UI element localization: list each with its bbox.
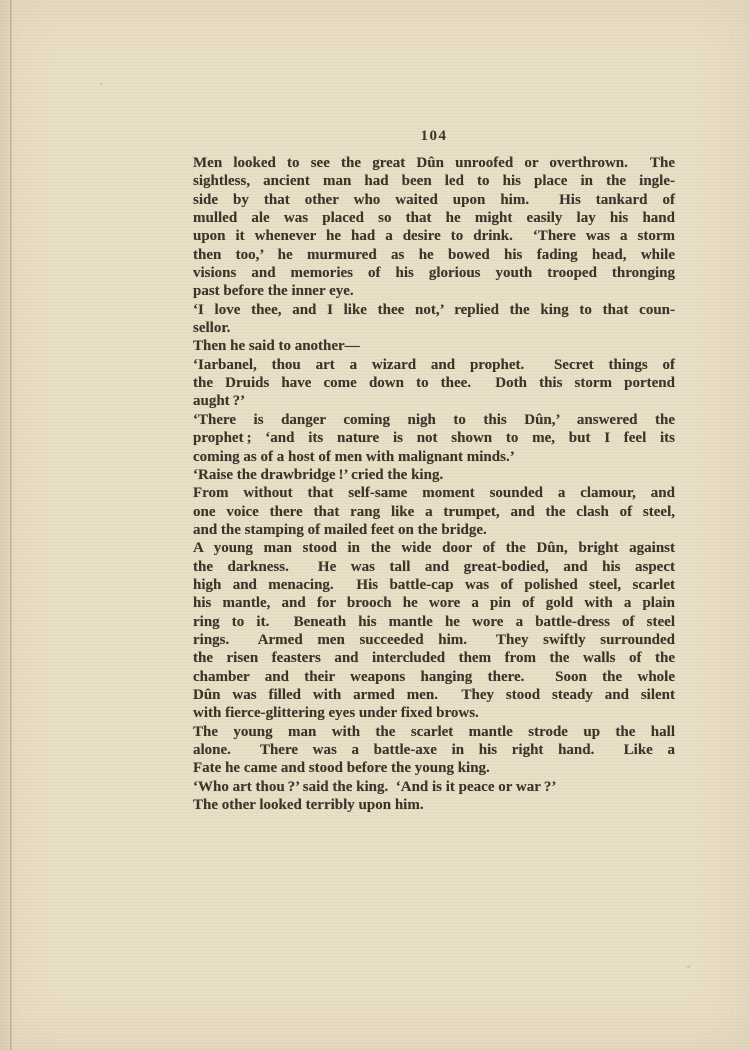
text-line: high and menacing. His battle-cap was of…	[193, 576, 675, 594]
page-number: 104	[193, 128, 675, 145]
text-line: his mantle, and for brooch he wore a pin…	[193, 594, 675, 612]
text-line: coming as of a host of men with malignan…	[193, 448, 675, 466]
text-line: visions and memories of his glorious you…	[193, 264, 675, 282]
paper-speck	[687, 966, 690, 968]
text-line: one voice there that rang like a trumpet…	[193, 503, 675, 521]
text-block: Men looked to see the great Dûn unroofed…	[193, 154, 675, 814]
text-line: The young man with the scarlet mantle st…	[193, 723, 675, 741]
text-line: ‘I love thee, and I like thee not,’ repl…	[193, 301, 675, 319]
text-line: aught ?’	[193, 392, 675, 410]
text-line: rings. Armed men succeeded him. They swi…	[193, 631, 675, 649]
text-line: prophet ; ‘and its nature is not shown t…	[193, 429, 675, 447]
text-line: the Druids have come down to thee. Doth …	[193, 374, 675, 392]
text-line: Fate he came and stood before the young …	[193, 759, 675, 777]
text-line: Then he said to another—	[193, 337, 675, 355]
text-line: The other looked terribly upon him.	[193, 796, 675, 814]
text-line: alone. There was a battle-axe in his rig…	[193, 741, 675, 759]
text-line: ‘Iarbanel, thou art a wizard and prophet…	[193, 356, 675, 374]
text-line: upon it whenever he had a desire to drin…	[193, 227, 675, 245]
page-crease-line	[10, 0, 12, 1050]
text-line: ‘Raise the drawbridge !’ cried the king.	[193, 466, 675, 484]
text-line: the risen feasters and intercluded them …	[193, 649, 675, 667]
paper-speck	[621, 253, 623, 255]
text-line: sellor.	[193, 319, 675, 337]
text-line: mulled ale was placed so that he might e…	[193, 209, 675, 227]
page-edge-shade	[0, 0, 10, 1050]
text-line: sightless, ancient man had been led to h…	[193, 172, 675, 190]
text-line: ring to it. Beneath his mantle he wore a…	[193, 613, 675, 631]
text-line: and the stamping of mailed feet on the b…	[193, 521, 675, 539]
text-line: chamber and their weapons hanging there.…	[193, 668, 675, 686]
text-line: Dûn was filled with armed men. They stoo…	[193, 686, 675, 704]
text-line: A young man stood in the wide door of th…	[193, 539, 675, 557]
text-line: Men looked to see the great Dûn unroofed…	[193, 154, 675, 172]
text-line: past before the inner eye.	[193, 282, 675, 300]
text-line: side by that other who waited upon him. …	[193, 191, 675, 209]
text-line: ‘Who art thou ?’ said the king. ‘And is …	[193, 778, 675, 796]
text-line: the darkness. He was tall and great-bodi…	[193, 558, 675, 576]
paper-speck	[100, 83, 102, 85]
text-line: with fierce-glittering eyes under fixed …	[193, 704, 675, 722]
text-line: From without that self-same moment sound…	[193, 484, 675, 502]
text-line: ‘There is danger coming nigh to this Dûn…	[193, 411, 675, 429]
book-page: 104 Men looked to see the great Dûn unro…	[0, 0, 750, 1050]
text-line: then too,’ he murmured as he bowed his f…	[193, 246, 675, 264]
